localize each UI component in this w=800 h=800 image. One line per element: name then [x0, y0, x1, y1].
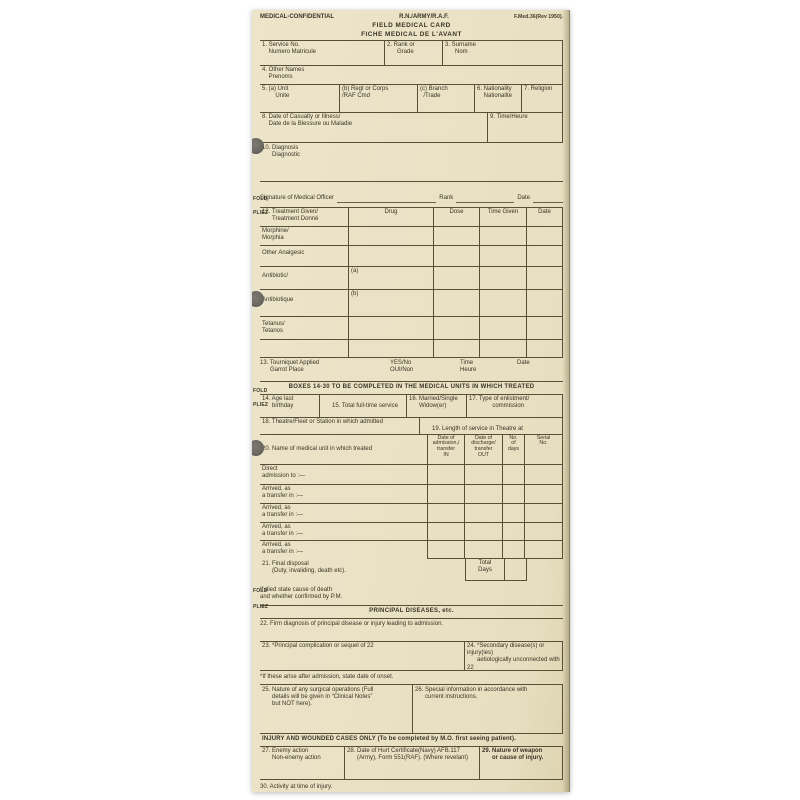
cell-days — [503, 504, 525, 522]
cell-in — [428, 504, 465, 522]
box-13-tourniquet: 13. Tourniquet Applied Garrot Place YES/… — [260, 358, 563, 381]
cell-drug-a: (a) — [349, 267, 434, 289]
cell-dose — [434, 317, 480, 339]
row-antibiotique: Antibiotique — [260, 290, 349, 316]
box-26-special-info: 26. Special information in accordance wi… — [413, 685, 563, 733]
box-30-activity: 30. Activity at time of injury. — [260, 780, 563, 791]
row-transfer-1: Arrived, as a transfer in :— — [260, 485, 428, 503]
box-9-time: 9. Time/Heure — [488, 113, 563, 142]
cell-drug-b: (b) — [349, 290, 434, 316]
cell-time — [480, 317, 527, 339]
cell-date — [527, 246, 563, 266]
card-title-en: FIELD MEDICAL CARD — [260, 22, 563, 30]
box-7-religion: 7. Religion — [522, 85, 563, 112]
col-date: Date — [527, 208, 563, 226]
box-18-theatre: 18. Theatre/Fleet or Station in which ad… — [260, 418, 420, 434]
col-dose: Dose — [434, 208, 480, 226]
box-10-diagnosis: 10. Diagnosis Diagnostic — [260, 143, 563, 182]
box-1-service-no: 1. Service No. Numero Matricule — [260, 41, 385, 65]
cell-time — [480, 227, 527, 245]
cell-date — [527, 227, 563, 245]
date-line — [533, 195, 563, 203]
cell-time — [480, 267, 527, 289]
row-tetanus: Tetanus/ Tetanos — [260, 317, 349, 339]
cell-days — [503, 485, 525, 503]
cell-out — [465, 504, 503, 522]
length-line1: 19. Length of service in Theatre at — [432, 426, 523, 432]
cell-dose — [434, 246, 480, 266]
box-5c-branch: (c) Branch /Trade — [418, 85, 475, 112]
card-header: MEDICAL-CONFIDENTIAL R.N./ARMY/R.A.F. F.… — [252, 10, 569, 40]
box-22-firm-diagnosis: 22. Firm diagnosis of principal disease … — [260, 619, 563, 641]
tourniquet-date: Date — [517, 360, 530, 381]
rank-line — [456, 195, 514, 203]
cell-time — [480, 340, 527, 357]
box-14-age: 14. Age last birthday — [260, 395, 320, 417]
box-28-hurt-certificate: 28. Date of Hurt Certificate(Navy) AFB.1… — [345, 747, 480, 779]
box-16-married: 16. Married/Single Widow(er) — [407, 395, 467, 417]
form-reference: F.Med.36(Rev 1950). — [514, 14, 563, 20]
cell-drug — [349, 227, 434, 245]
fold-label: FOLD — [253, 588, 267, 594]
box-29-weapon: 29. Nature of weapon or cause of injury. — [480, 747, 563, 779]
box-17-enlistment: 17. Type of enlistment/ commission — [467, 395, 563, 417]
cell-serial — [525, 504, 563, 522]
row-transfer-4: Arrived, as a transfer in :— — [260, 541, 428, 559]
complication-row: 23. *Principal complication or sequel of… — [260, 641, 563, 671]
fold-label: FOLD — [253, 388, 267, 394]
box-20-unit-header: 20. Name of medical unit in which treate… — [260, 435, 428, 464]
pliez-label: PLIEZ — [253, 402, 268, 408]
pliez-label: PLIEZ — [253, 604, 268, 610]
services-label: R.N./ARMY/R.A.F. — [399, 14, 449, 21]
box-3-surname: 3. Surname Nom — [443, 41, 563, 65]
row-blank — [260, 340, 349, 357]
col-no-days: No. of days — [503, 435, 525, 464]
pliez-label: PLIEZ — [253, 210, 268, 216]
row-direct-admission: Direct admission to :— — [260, 465, 428, 484]
date-label: Date — [517, 195, 530, 202]
fold-label: FOLD — [253, 196, 267, 202]
box-5a-unit: 5. (a) Unit Unite — [260, 85, 340, 112]
death-note: If died state cause of death and whether… — [260, 587, 563, 605]
cell-out — [465, 465, 503, 484]
banner-principal-diseases: PRINCIPAL DISEASES, etc. — [260, 605, 563, 619]
tourniquet-yesno: YES/No OUI/Non — [382, 360, 460, 381]
box-21-final-disposal: 21. Final disposal (Duty, invaliding, de… — [260, 559, 563, 581]
cell-date — [527, 290, 563, 316]
cell-drug — [349, 317, 434, 339]
cell-serial — [525, 465, 563, 484]
cell-date — [527, 267, 563, 289]
cell-date — [527, 340, 563, 357]
row-other-analgesic: Other Analgesic — [260, 246, 349, 266]
cell-out — [465, 523, 503, 540]
signature-label: Signature of Medical Officer — [260, 195, 334, 202]
surgical-row: 25. Nature of any surgical operations (F… — [260, 685, 563, 733]
final-disposal-label: 21. Final disposal (Duty, invaliding, de… — [260, 559, 465, 581]
row-transfer-3: Arrived, as a transfer in :— — [260, 523, 428, 540]
field-medical-card: FOLD PLIEZ FOLD PLIEZ FOLD PLIEZ MEDICAL… — [252, 10, 570, 792]
cell-dose — [434, 227, 480, 245]
cell-serial — [525, 541, 563, 559]
signature-line — [337, 195, 436, 203]
cell-time — [480, 246, 527, 266]
row-transfer-2: Arrived, as a transfer in :— — [260, 504, 428, 522]
cell-days — [503, 541, 525, 559]
cell-in — [428, 541, 465, 559]
box-24-secondary: 24. *Secondary disease(s) or injury(ies)… — [465, 642, 563, 670]
cell-in — [428, 523, 465, 540]
col-date-out: Date of discharge/ transfer OUT — [465, 435, 503, 464]
col-date-in: Date of admission,/ transfer IN — [428, 435, 465, 464]
col-drug: Drug — [349, 208, 434, 226]
card-title-fr: FICHE MEDICAL DE L'AVANT — [260, 31, 563, 39]
signature-row: Signature of Medical Officer Rank Date — [260, 182, 563, 207]
box-19-length-of-service: 19. Length of service in Theatre at date… — [420, 418, 563, 434]
cell-drug — [349, 246, 434, 266]
cell-days — [503, 465, 525, 484]
medical-unit-table: 20. Name of medical unit in which treate… — [260, 435, 563, 559]
total-days-cell: Total Days — [465, 559, 505, 581]
asterisk-footnote: *If these arise after admission, state d… — [260, 671, 563, 685]
box-27-enemy-action: 27. Enemy action Non-enemy action — [260, 747, 345, 779]
rank-label: Rank — [439, 195, 453, 202]
box-2-rank: 2. Rank or Grade — [385, 41, 443, 65]
cell-days — [503, 523, 525, 540]
cell-in — [428, 465, 465, 484]
tourniquet-label: 13. Tourniquet Applied Garrot Place — [260, 360, 382, 381]
banner-boxes-14-30: BOXES 14-30 TO BE COMPLETED IN THE MEDIC… — [260, 381, 563, 395]
row-antibiotic: Antibiotic/ — [260, 267, 349, 289]
tourniquet-time: Time Heure — [460, 360, 517, 381]
col-time-given: Time Given — [480, 208, 527, 226]
cell-dose — [434, 340, 480, 357]
injury-row: 27. Enemy action Non-enemy action 28. Da… — [260, 747, 563, 780]
cell-dose — [434, 267, 480, 289]
box-23-complication: 23. *Principal complication or sequel of… — [260, 642, 465, 670]
box-12-treatment-given: 12. Treatment Given/ Treatment Donné — [260, 208, 349, 226]
treatment-table: 12. Treatment Given/ Treatment Donné Dru… — [260, 207, 563, 358]
row-morphine: Morphine/ Morphia — [260, 227, 349, 245]
box-5b-regt: (b) Regt or Corps /RAF Cmd — [340, 85, 418, 112]
cell-serial — [525, 523, 563, 540]
total-days-value-cell — [505, 559, 527, 581]
box-15-total-service: 15. Total full-time service yrs. mths. — [320, 395, 407, 417]
box-4-other-names: 4. Other Names Prenoms — [260, 66, 563, 84]
box-25-surgical: 25. Nature of any surgical operations (F… — [260, 685, 413, 733]
theatre-row: 18. Theatre/Fleet or Station in which ad… — [260, 418, 563, 435]
cell-serial — [525, 485, 563, 503]
service-row: 14. Age last birthday 15. Total full-tim… — [260, 395, 563, 418]
box-6-nationality: 6. Nationality Nationalite — [475, 85, 522, 112]
banner-injury-cases: INJURY AND WOUNDED CASES ONLY (To be com… — [260, 733, 563, 747]
cell-dose — [434, 290, 480, 316]
cell-out — [465, 485, 503, 503]
cell-time — [480, 290, 527, 316]
box-8-date-casualty: 8. Date of Casualty or Illness/ Date de … — [260, 113, 488, 142]
cell-out — [465, 541, 503, 559]
classification-label: MEDICAL-CONFIDENTIAL — [260, 14, 334, 21]
col-serial-no: Serial No. — [525, 435, 563, 464]
cell-in — [428, 485, 465, 503]
cell-date — [527, 317, 563, 339]
identity-table: 1. Service No. Numero Matricule 2. Rank … — [260, 40, 563, 143]
total-service-label: 15. Total full-time service — [332, 403, 398, 409]
cell-drug — [349, 340, 434, 357]
